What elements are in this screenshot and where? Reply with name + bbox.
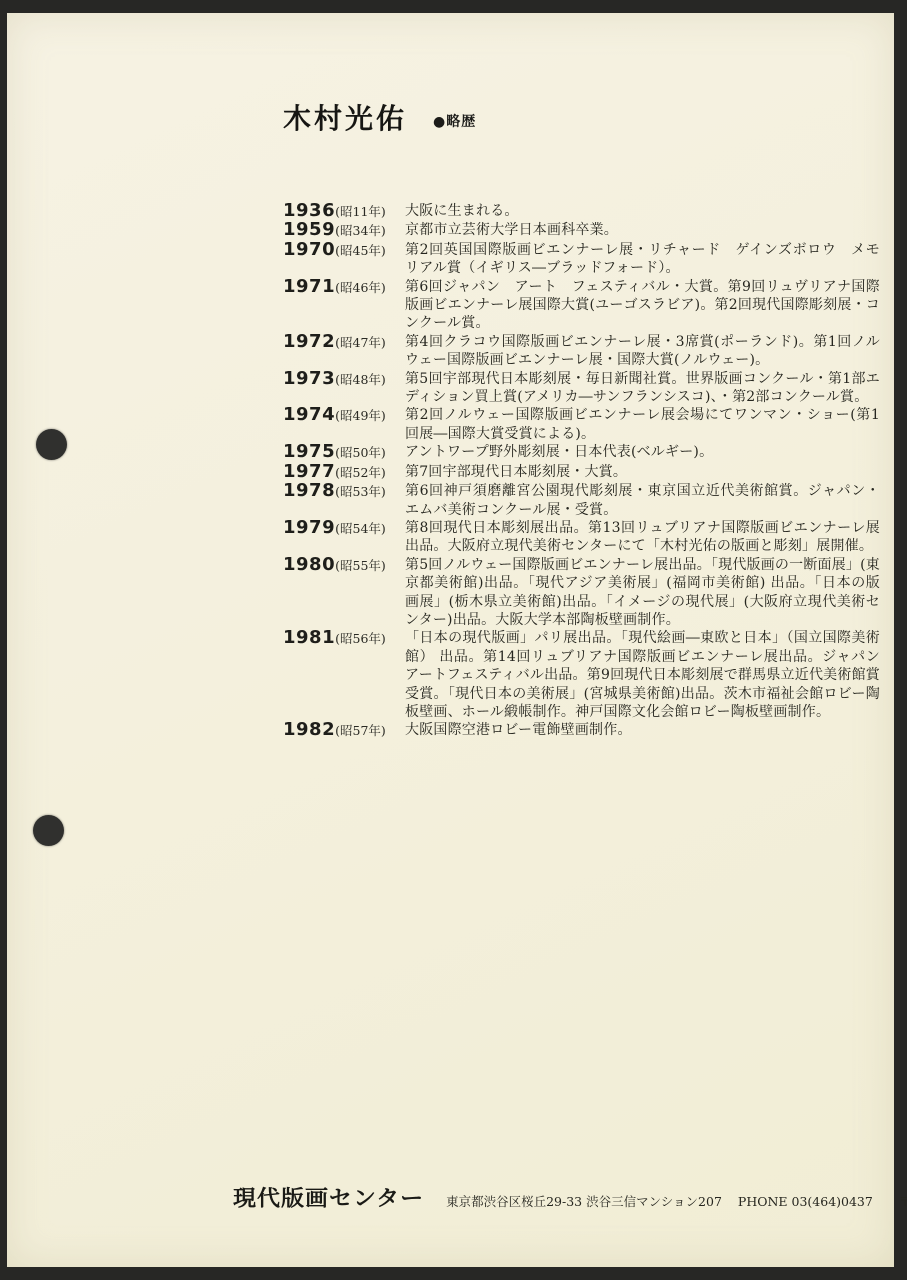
punch-hole-bottom [33,815,64,846]
entry-text: 大阪に生まれる。 [405,202,880,220]
chronology-entry-row: 1972(昭47年) 第4回クラコウ国際版画ビエンナーレ展・3席賞(ポーランド)… [283,333,880,370]
entry-text: 第8回現代日本彫刻展出品。第13回リュブリアナ国際版画ビエンナーレ展出品。大阪府… [405,519,880,556]
entry-text: 第2回英国国際版画ビエンナーレ展・リチャード ゲインズボロウ メモリアル賞（イギ… [405,241,880,278]
entry-era: (昭47年) [335,335,386,350]
entry-year: 1936 [283,200,335,221]
chronology-entry-row: 1973(昭48年) 第5回宇部現代日本彫刻展・毎日新聞社賞。世界版画コンクール… [283,370,880,407]
artist-name-title: 木村光佑 [283,105,407,133]
entry-era: (昭50年) [335,445,386,460]
entry-era: (昭49年) [335,408,386,423]
entry-text: 第5回ノルウェー国際版画ビエンナーレ展出品。「現代版画の一断面展」(東京都美術館… [405,556,880,630]
chronology-entry-row: 1936(昭11年) 大阪に生まれる。 [283,202,880,221]
entry-year-label: 1974(昭49年) [283,406,405,425]
chronology-entry-row: 1981(昭56年) 「日本の現代版画」パリ展出品。「現代絵画―東欧と日本」（国… [283,629,880,721]
entry-era: (昭34年) [335,223,386,238]
chronology-entry-row: 1980(昭55年) 第5回ノルウェー国際版画ビエンナーレ展出品。「現代版画の一… [283,556,880,630]
chronology-entry-row: 1975(昭50年) アントワープ野外彫刻展・日本代表(ベルギー)。 [283,443,880,462]
entry-year-label: 1972(昭47年) [283,333,405,352]
entry-year-label: 1973(昭48年) [283,370,405,389]
entry-year-label: 1982(昭57年) [283,721,405,740]
entry-year: 1978 [283,480,335,501]
publisher-phone: PHONE 03(464)0437 [738,1196,873,1212]
entry-year-label: 1978(昭53年) [283,482,405,501]
chronology-entry-row: 1978(昭53年) 第6回神戸須磨離宮公園現代彫刻展・東京国立近代美術館賞。ジ… [283,482,880,519]
entry-text: 第5回宇部現代日本彫刻展・毎日新聞社賞。世界版画コンクール・第1部エディション買… [405,370,880,407]
entry-era: (昭53年) [335,484,386,499]
paper-sheet: 木村光佑 ●略歴 1936(昭11年) 大阪に生まれる。 1959(昭34年) … [7,13,894,1267]
entry-era: (昭11年) [335,204,386,219]
document-header: 木村光佑 ●略歴 [283,105,476,133]
entry-year: 1977 [283,461,335,482]
entry-year-label: 1979(昭54年) [283,519,405,538]
entry-year-label: 1980(昭55年) [283,556,405,575]
entry-year: 1982 [283,719,335,740]
entry-text: 第4回クラコウ国際版画ビエンナーレ展・3席賞(ポーランド)。第1回ノルウェー国際… [405,333,880,370]
entry-era: (昭46年) [335,280,386,295]
chronology-entry-row: 1979(昭54年) 第8回現代日本彫刻展出品。第13回リュブリアナ国際版画ビエ… [283,519,880,556]
entry-text: アントワープ野外彫刻展・日本代表(ベルギー)。 [405,443,880,461]
entry-era: (昭54年) [335,521,386,536]
document-footer: 現代版画センター 東京都渋谷区桜丘29-33 渋谷三信マンション207 PHON… [233,1188,907,1211]
entry-text: 第7回宇部現代日本彫刻展・大賞。 [405,463,880,481]
entry-era: (昭45年) [335,243,386,258]
entry-year-label: 1981(昭56年) [283,629,405,648]
entry-era: (昭57年) [335,723,386,738]
chronology-entry-row: 1971(昭46年) 第6回ジャパン アート フェスティバル・大賞。第9回リュヴ… [283,278,880,333]
entry-year: 1974 [283,404,335,425]
entry-year: 1973 [283,368,335,389]
chronology-entry-row: 1974(昭49年) 第2回ノルウェー国際版画ビエンナーレ展会場にてワンマン・シ… [283,406,880,443]
entry-text: 第6回ジャパン アート フェスティバル・大賞。第9回リュヴリアナ国際版画ビエンナ… [405,278,880,333]
entry-era: (昭55年) [335,558,386,573]
entry-text: 「日本の現代版画」パリ展出品。「現代絵画―東欧と日本」（国立国際美術館） 出品。… [405,629,880,721]
punch-hole-top [36,429,67,460]
entry-year: 1979 [283,517,335,538]
publisher-address: 東京都渋谷区桜丘29-33 渋谷三信マンション207 [446,1196,722,1212]
entry-year: 1981 [283,627,335,648]
entry-era: (昭48年) [335,372,386,387]
scanned-document-page: { "page": { "title": "木村光佑", "subtitle":… [0,0,907,1280]
chronology-entry-row: 1970(昭45年) 第2回英国国際版画ビエンナーレ展・リチャード ゲインズボロ… [283,241,880,278]
entry-text: 京都市立芸術大学日本画科卒業。 [405,221,880,239]
biography-section-label: ●略歴 [433,115,476,133]
chronology-entry-row: 1959(昭34年) 京都市立芸術大学日本画科卒業。 [283,221,880,240]
entry-year: 1970 [283,239,335,260]
entry-year: 1975 [283,441,335,462]
entry-text: 第2回ノルウェー国際版画ビエンナーレ展会場にてワンマン・ショー(第1回展―国際大… [405,406,880,443]
chronology-entry-row: 1982(昭57年) 大阪国際空港ロビー電飾壁画制作。 [283,721,880,740]
entry-year: 1959 [283,219,335,240]
publisher-postal-code: 〒150 [899,1196,907,1212]
publisher-logo: 現代版画センター [233,1189,424,1211]
entry-text: 第6回神戸須磨離宮公園現代彫刻展・東京国立近代美術館賞。ジャパン・エムバ美術コン… [405,482,880,519]
chronology-list: 1936(昭11年) 大阪に生まれる。 1959(昭34年) 京都市立芸術大学日… [283,202,880,741]
entry-year-label: 1970(昭45年) [283,241,405,260]
entry-year: 1980 [283,554,335,575]
entry-year: 1972 [283,331,335,352]
chronology-entry-row: 1977(昭52年) 第7回宇部現代日本彫刻展・大賞。 [283,463,880,482]
entry-year: 1971 [283,276,335,297]
entry-year-label: 1971(昭46年) [283,278,405,297]
entry-era: (昭56年) [335,631,386,646]
entry-text: 大阪国際空港ロビー電飾壁画制作。 [405,721,880,739]
entry-era: (昭52年) [335,465,386,480]
